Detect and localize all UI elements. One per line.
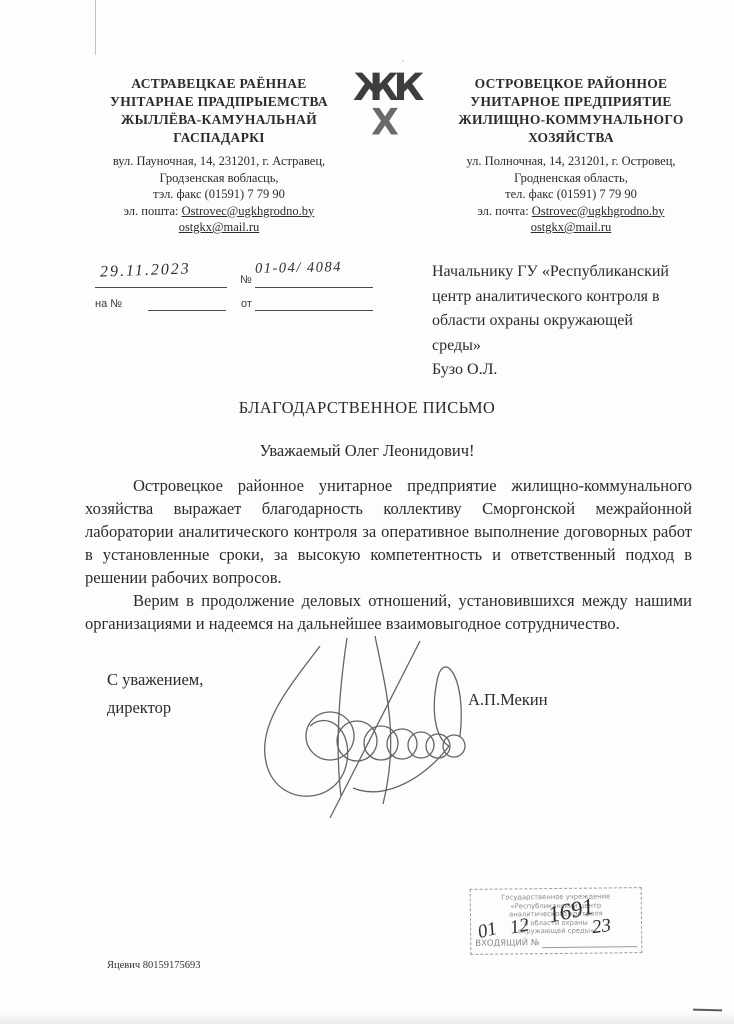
- org-line: ЖЫЛЛЁВА-КАМУНАЛЬНАЙ: [85, 111, 353, 129]
- scan-artifact-line: [95, 0, 96, 55]
- org-name-belarusian: АСТРАВЕЦКАЕ РАЁННАЕ УНІТАРНАЕ ПРАДПРЫЕМС…: [85, 75, 353, 147]
- recipient-line: центр аналитического контроля в: [432, 285, 722, 310]
- handwritten-incoming-year: 23: [591, 915, 613, 939]
- email-label: эл. почта:: [478, 204, 532, 218]
- number-underline: [255, 287, 373, 288]
- incoming-number-rule: [543, 938, 638, 948]
- handwritten-incoming-month: 12: [508, 915, 531, 940]
- handwritten-date: 29.11.2023: [100, 260, 191, 281]
- scan-edge-shadow: [0, 1012, 734, 1024]
- address-line: вул. Пауночная, 14, 231201, г. Астравец,: [85, 153, 353, 170]
- email-address: Ostrovec@ugkhgrodno.by: [532, 204, 665, 218]
- org-name-russian: ОСТРОВЕЦКОЕ РАЙОННОЕ УНИТАРНОЕ ПРЕДПРИЯТ…: [425, 75, 717, 147]
- salutation: Уважаемый Олег Леонидович!: [0, 441, 734, 461]
- email-address: ostgkx@mail.ru: [425, 219, 717, 236]
- address-line: ул. Полночная, 14, 231201, г. Островец,: [425, 153, 717, 170]
- closing-line: С уважением,: [107, 666, 203, 694]
- number-label: №: [240, 274, 252, 286]
- from-label: от: [241, 298, 252, 310]
- address-email-line: эл. почта: Ostrovec@ugkhgrodno.by: [425, 203, 717, 220]
- org-line: УНІТАРНАЕ ПРАДПРЫЕМСТВА: [85, 93, 353, 111]
- recipient-name: Бузо О.Л.: [432, 358, 722, 383]
- org-line: ГАСПАДАРКІ: [85, 129, 353, 147]
- handwritten-outgoing-number: 01-04/ 4084: [255, 259, 342, 278]
- org-line: АСТРАВЕЦКАЕ РАЁННАЕ: [85, 75, 353, 93]
- email-address: Ostrovec@ugkhgrodno.by: [182, 204, 315, 218]
- handwritten-signature: [235, 636, 485, 824]
- email-label: эл. пошта:: [124, 204, 182, 218]
- address-line: Гродненская область,: [425, 170, 717, 187]
- paragraph: Верим в продолжение деловых отношений, у…: [85, 589, 692, 635]
- recipient-line: среды»: [432, 334, 722, 359]
- address-block-right: ул. Полночная, 14, 231201, г. Островец, …: [425, 153, 717, 236]
- recipient-line: области охраны окружающей: [432, 309, 722, 334]
- date-underline: [95, 287, 227, 288]
- letter-title: БЛАГОДАРСТВЕННОЕ ПИСЬМО: [0, 398, 734, 418]
- org-line: ХОЗЯЙСТВА: [425, 129, 717, 147]
- email-address: ostgkx@mail.ru: [85, 219, 353, 236]
- paper-speck: [402, 60, 404, 62]
- org-line: ОСТРОВЕЦКОЕ РАЙОННОЕ: [425, 75, 717, 93]
- closing-title: директор: [107, 694, 203, 722]
- closing-block: С уважением, директор: [107, 666, 203, 722]
- scan-artifact-dash: [693, 1009, 722, 1012]
- org-line: УНИТАРНОЕ ПРЕДПРИЯТИЕ: [425, 93, 717, 111]
- org-line: ЖИЛИЩНО-КОММУНАЛЬНОГО: [425, 111, 717, 129]
- address-block-left: вул. Пауночная, 14, 231201, г. Астравец,…: [85, 153, 353, 236]
- recipient-line: Начальнику ГУ «Республиканский: [432, 260, 722, 285]
- letter-body: Островецкое районное унитарное предприят…: [85, 474, 692, 635]
- reply-to-underline: [148, 310, 226, 311]
- address-line: тел. факс (01591) 7 79 90: [425, 186, 717, 203]
- scanned-letter-page: АСТРАВЕЦКАЕ РАЁННАЕ УНІТАРНАЕ ПРАДПРЫЕМС…: [0, 0, 734, 1024]
- reference-block: 29.11.2023 № 01-04/ 4084 на № от: [90, 258, 380, 320]
- emblem-letter-bottom: Х: [371, 102, 399, 142]
- signatory-name: А.П.Мекин: [468, 690, 548, 710]
- executor-contact: Яцевич 80159175693: [107, 960, 201, 971]
- address-line: Гродзенская вобласць,: [85, 170, 353, 187]
- reply-to-label: на №: [95, 298, 122, 310]
- zhkh-emblem-icon: ЖК Х: [344, 64, 426, 142]
- from-underline: [255, 310, 373, 311]
- recipient-block: Начальнику ГУ «Республиканский центр ана…: [432, 260, 722, 383]
- address-line: тэл. факс (01591) 7 79 90: [85, 186, 353, 203]
- address-email-line: эл. пошта: Ostrovec@ugkhgrodno.by: [85, 203, 353, 220]
- stamp-incoming-row: ВХОДЯЩИЙ №: [475, 938, 637, 949]
- paragraph: Островецкое районное унитарное предприят…: [85, 474, 692, 589]
